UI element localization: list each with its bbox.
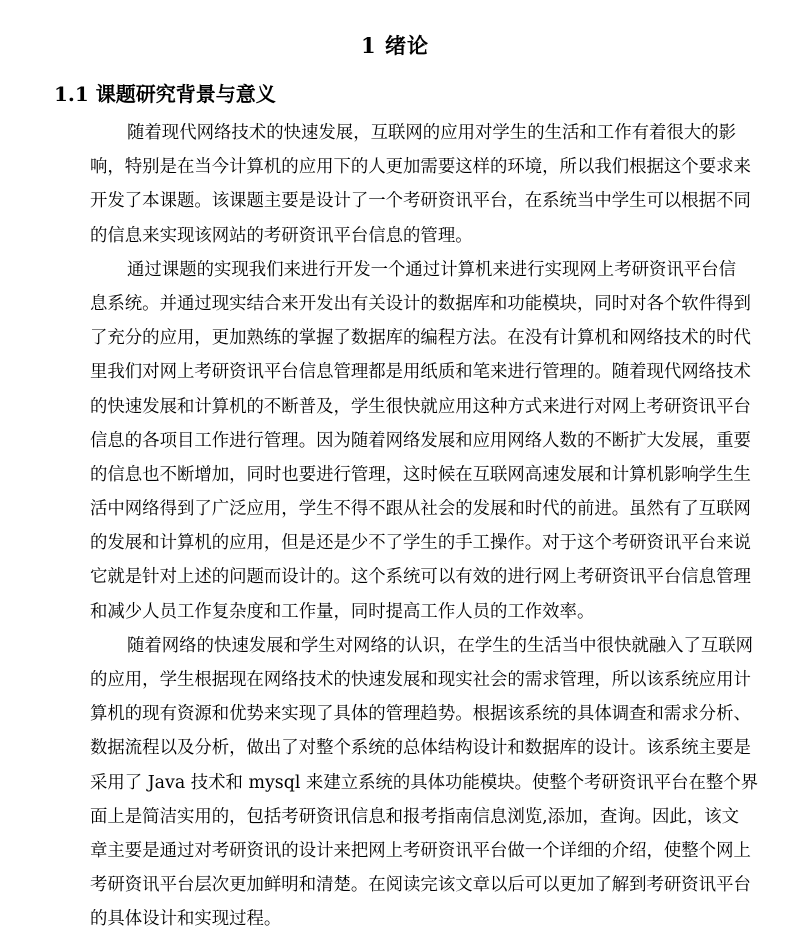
text-line: 开发了本课题。该课题主要是设计了一个考研资讯平台，在系统当中学生可以根据不同 <box>54 184 736 218</box>
document-body: 随着现代网络技术的快速发展，互联网的应用对学生的生活和工作有着很大的影 响，特别… <box>54 116 736 937</box>
paragraph-3: 随着网络的快速发展和学生对网络的认识，在学生的生活当中很快就融入了互联网 的应用… <box>54 629 736 937</box>
text-line: 随着网络的快速发展和学生对网络的认识，在学生的生活当中很快就融入了互联网 <box>54 629 736 663</box>
text-line: 考研资讯平台层次更加鲜明和清楚。在阅读完该文章以后可以更加了解到考研资讯平台 <box>54 868 736 902</box>
text-line: 采用了 Java 技术和 mysql 来建立系统的具体功能模块。使整个考研资讯平… <box>54 766 736 800</box>
paragraph-1: 随着现代网络技术的快速发展，互联网的应用对学生的生活和工作有着很大的影 响，特别… <box>54 116 736 253</box>
text-line: 的快速发展和计算机的不断普及，学生很快就应用这种方式来进行对网上考研资讯平台 <box>54 390 736 424</box>
text-line: 的信息来实现该网站的考研资讯平台信息的管理。 <box>54 219 736 253</box>
text-line: 的应用，学生根据现在网络技术的快速发展和现实社会的需求管理，所以该系统应用计 <box>54 663 736 697</box>
paragraph-2: 通过课题的实现我们来进行开发一个通过计算机来进行实现网上考研资讯平台信 息系统。… <box>54 253 736 629</box>
text-line: 的信息也不断增加，同时也要进行管理，这时候在互联网高速发展和计算机影响学生生 <box>54 458 736 492</box>
text-line: 和减少人员工作复杂度和工作量，同时提高工作人员的工作效率。 <box>54 595 736 629</box>
text-line: 通过课题的实现我们来进行开发一个通过计算机来进行实现网上考研资讯平台信 <box>54 253 736 287</box>
text-line: 算机的现有资源和优势来实现了具体的管理趋势。根据该系统的具体调查和需求分析、 <box>54 697 736 731</box>
chapter-title: 1 绪论 <box>54 30 736 62</box>
text-line: 随着现代网络技术的快速发展，互联网的应用对学生的生活和工作有着很大的影 <box>54 116 736 150</box>
text-line: 活中网络得到了广泛应用，学生不得不跟从社会的发展和时代的前进。虽然有了互联网 <box>54 492 736 526</box>
text-line: 息系统。并通过现实结合来开发出有关设计的数据库和功能模块，同时对各个软件得到 <box>54 287 736 321</box>
text-line: 信息的各项目工作进行管理。因为随着网络发展和应用网络人数的不断扩大发展，重要 <box>54 424 736 458</box>
text-line: 章主要是通过对考研资讯的设计来把网上考研资讯平台做一个详细的介绍，使整个网上 <box>54 834 736 868</box>
text-line: 的具体设计和实现过程。 <box>54 902 736 936</box>
text-line: 数据流程以及分析，做出了对整个系统的总体结构设计和数据库的设计。该系统主要是 <box>54 731 736 765</box>
text-line: 它就是针对上述的问题而设计的。这个系统可以有效的进行网上考研资讯平台信息管理 <box>54 560 736 594</box>
text-line: 了充分的应用，更加熟练的掌握了数据库的编程方法。在没有计算机和网络技术的时代 <box>54 321 736 355</box>
section-title: 1.1 课题研究背景与意义 <box>54 78 276 110</box>
text-line: 面上是简洁实用的，包括考研资讯信息和报考指南信息浏览,添加，查询。因此，该文 <box>54 800 736 834</box>
text-line: 响，特别是在当今计算机的应用下的人更加需要这样的环境，所以我们根据这个要求来 <box>54 150 736 184</box>
text-line: 里我们对网上考研资讯平台信息管理都是用纸质和笔来进行管理的。随着现代网络技术 <box>54 355 736 389</box>
text-line: 的发展和计算机的应用，但是还是少不了学生的手工操作。对于这个考研资讯平台来说 <box>54 526 736 560</box>
